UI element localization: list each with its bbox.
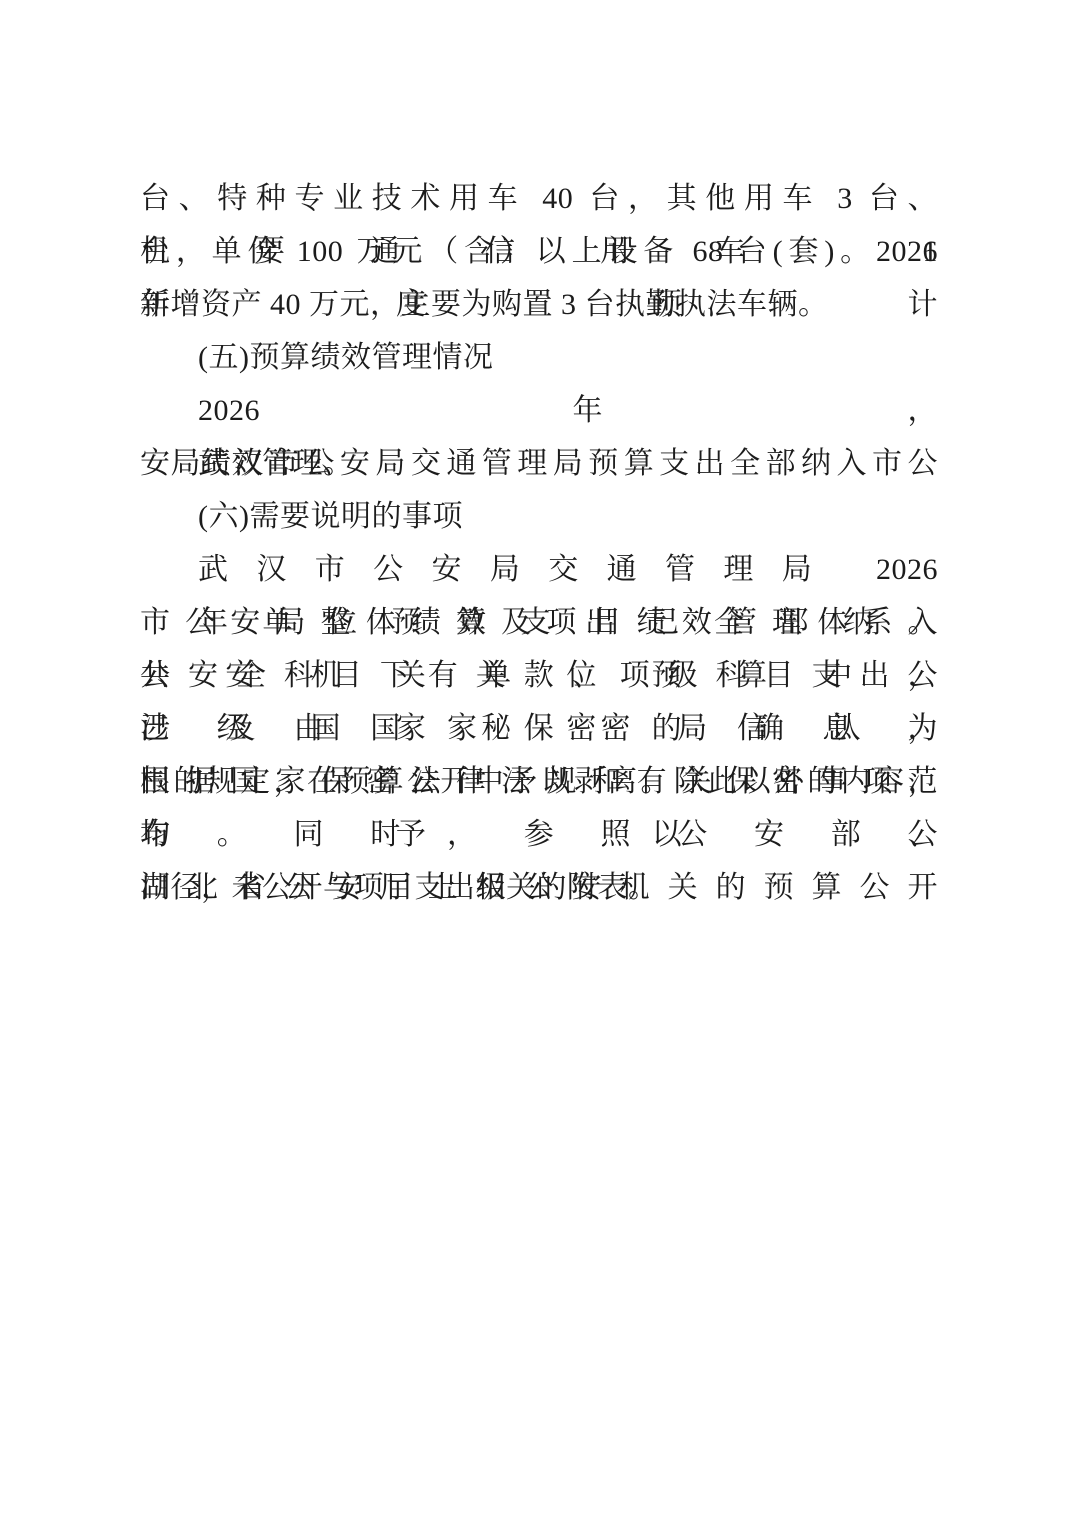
document-line: 新增资产 40 万元，主要为购置 3 台执勤执法车辆。 <box>140 278 938 331</box>
document-line: 武汉市公安局交通管理局 2026 年单位预算支出已全部纳入 <box>140 543 938 596</box>
document-line: 市公安局整体绩效及项目绩效管理体系。公安机关单位预算中公 <box>140 596 938 649</box>
document-line: 共安全科目下有关款、项级科目支出，已经由国家保密局确认为 <box>140 649 938 702</box>
document-line: 台，单价 100 万元（含）以上设备 68 台(套)。2026 年度预计 <box>140 225 938 278</box>
document-heading-5: (五)预算绩效管理情况 <box>140 331 938 384</box>
document-line: 涉及国家秘密的信息，根据国家保密法律法规和有关保密事项范 <box>140 702 938 755</box>
document-body: 台、特种专业技术用车 40 台，其他用车 3 台、机要通信用车 1 台，单价 1… <box>140 172 938 914</box>
document-line: 布。同时，参照公安部、湖北省公安厅上级公安机关的预算公开 <box>140 808 938 861</box>
document-heading-6: (六)需要说明的事项 <box>140 490 938 543</box>
document-line: 围的规定，在预算公开中予以剥离。除此以外的内容，均予以公 <box>140 755 938 808</box>
document-line: 台、特种专业技术用车 40 台，其他用车 3 台、机要通信用车 1 <box>140 172 938 225</box>
document-page: 台、特种专业技术用车 40 台，其他用车 3 台、机要通信用车 1 台，单价 1… <box>0 0 1074 1520</box>
document-line: 2026 年，武汉市公安局交通管理局预算支出全部纳入市公 <box>140 384 938 437</box>
